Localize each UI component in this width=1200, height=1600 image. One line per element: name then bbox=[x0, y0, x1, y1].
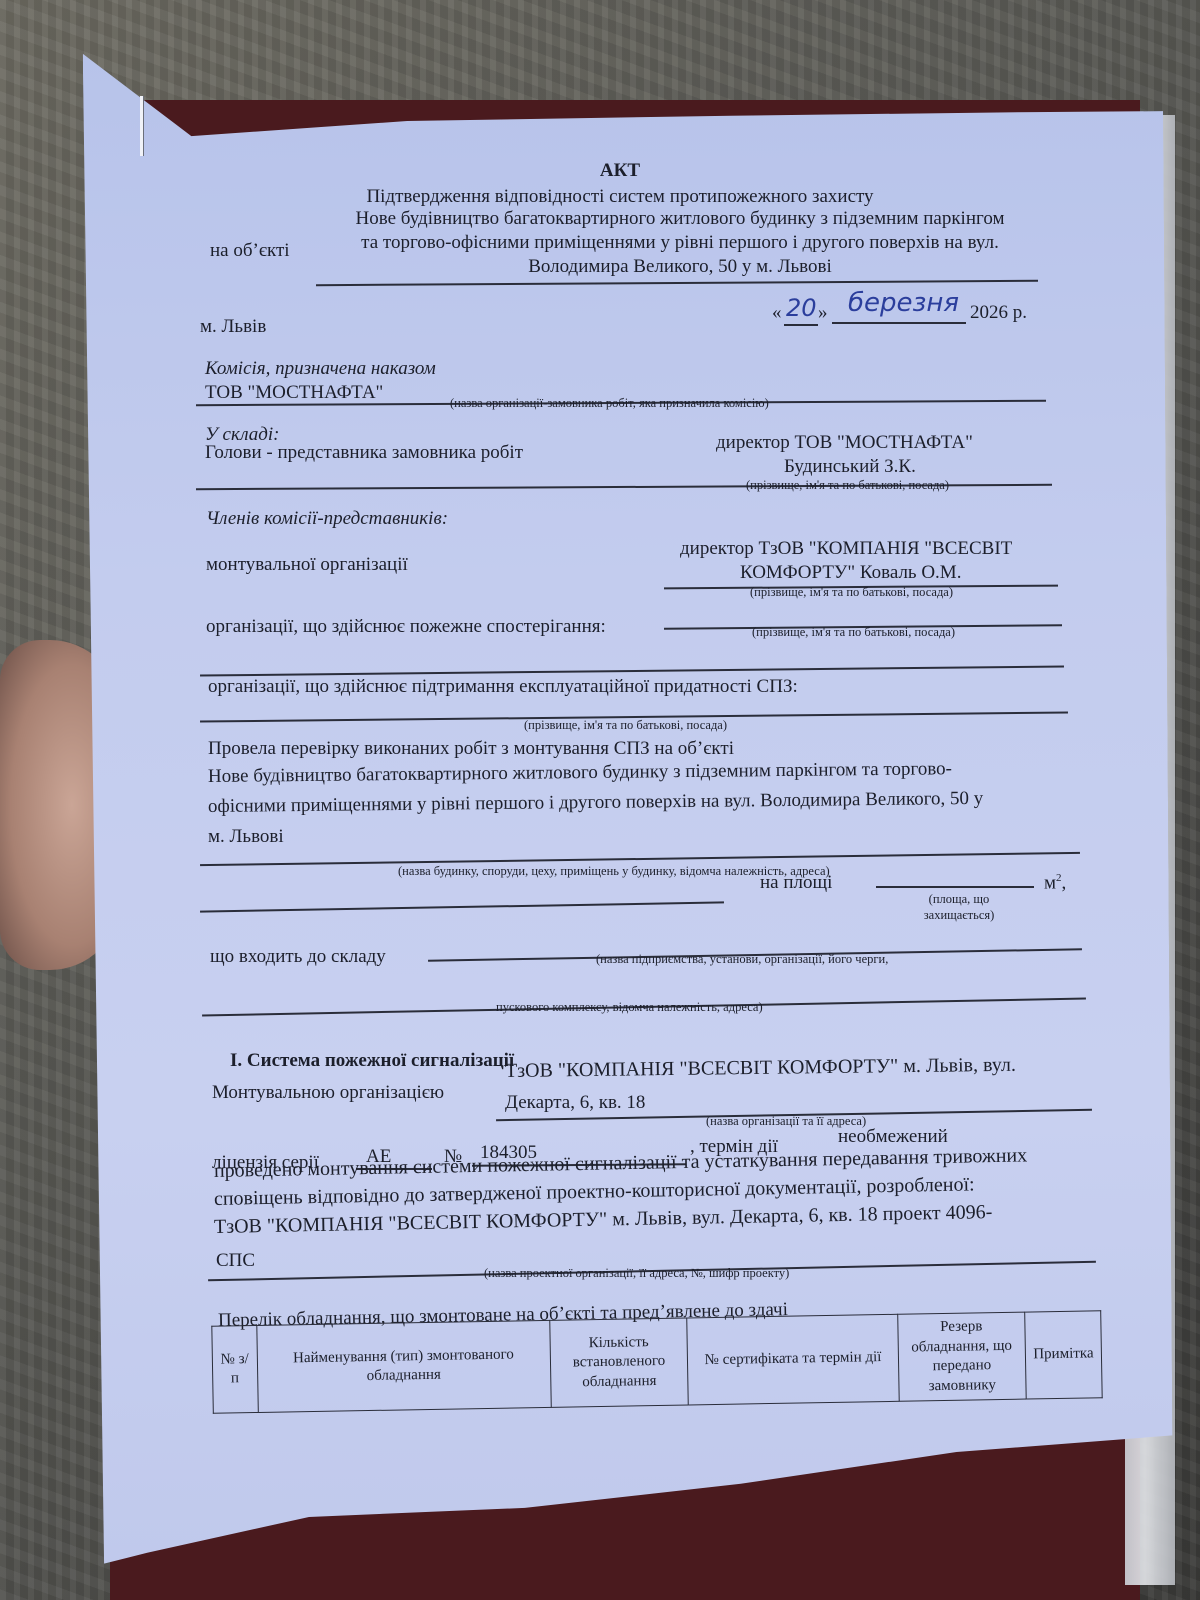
date-month[interactable]: березня bbox=[848, 288, 959, 318]
area-field[interactable] bbox=[876, 886, 1034, 888]
monitoring-label: організації, що здійснює пожежне спостер… bbox=[206, 616, 606, 638]
header-name: Найменування (тип) змонтованого обладнан… bbox=[256, 1320, 551, 1412]
maintenance-hint: (прізвище, ім'я та по батькові, посада) bbox=[524, 718, 727, 733]
installer-member-label: монтувальної організації bbox=[206, 554, 408, 576]
area-hint-line-1: (площа, що bbox=[904, 892, 1014, 907]
header-quantity: Кількість встановленого обладнання bbox=[549, 1318, 688, 1407]
head-value-line-2[interactable]: Будинський З.К. bbox=[784, 456, 916, 478]
part-of-label: що входить до складу bbox=[210, 946, 386, 968]
object-label: на об’єкті bbox=[210, 240, 290, 262]
members-label: Членів комісії-представників: bbox=[206, 508, 448, 530]
date-close-quote: » bbox=[818, 302, 828, 324]
equipment-table-header: № з/п Найменування (тип) змонтованого об… bbox=[212, 1311, 1102, 1414]
date-year: 2026 р. bbox=[970, 302, 1027, 324]
head-label: Голови - представника замовника робіт bbox=[205, 442, 523, 464]
inspection-object-line-2[interactable]: офісними приміщеннями у рівні першого і … bbox=[208, 788, 983, 818]
inspection-object-field-extra[interactable] bbox=[200, 901, 724, 912]
object-line-2: та торгово-офісними приміщеннями у рівні… bbox=[320, 232, 1040, 254]
equipment-table: № з/п Найменування (тип) змонтованого об… bbox=[211, 1310, 1102, 1414]
validity-value[interactable]: необмежений bbox=[838, 1126, 948, 1148]
monitoring-hint: (прізвище, ім'я та по батькові, посада) bbox=[752, 625, 955, 640]
monitoring-field-line-2[interactable] bbox=[200, 665, 1064, 676]
section-1-installer-label: Монтувальною організацією bbox=[212, 1082, 444, 1104]
inspection-intro: Провела перевірку виконаних робіт з монт… bbox=[208, 738, 734, 760]
head-hint: (прізвище, ім'я та по батькові, посада) bbox=[746, 478, 949, 493]
date-day-underline bbox=[784, 324, 818, 326]
object-line-3: Володимира Великого, 50 у м. Львові bbox=[320, 256, 1040, 278]
commission-label: Комісія, призначена наказом bbox=[205, 358, 436, 380]
installer-member-value-line-1[interactable]: директор ТзОВ "КОМПАНІЯ "ВСЕСВІТ bbox=[680, 538, 1012, 560]
area-label: на площі bbox=[760, 872, 832, 894]
object-line-1: Нове будівництво багатоквартирного житло… bbox=[320, 208, 1040, 230]
installer-member-hint: (прізвище, ім'я та по батькові, посада) bbox=[750, 585, 953, 600]
project-hint: (назва проектної організації, її адреса,… bbox=[484, 1266, 789, 1281]
header-reserve: Резерв обладнання, що передано замовнику bbox=[897, 1312, 1026, 1401]
header-number: № з/п bbox=[212, 1325, 258, 1413]
part-of-hint-1: (назва підприємства, установи, організац… bbox=[596, 952, 888, 967]
act-document: АКТ Підтвердження відповідності систем п… bbox=[0, 0, 1200, 1600]
installer-member-value-line-2[interactable]: КОМФОРТУ" Коваль О.М. bbox=[740, 562, 961, 584]
inspection-object-line-1[interactable]: Нове будівництво багатоквартирного житло… bbox=[208, 758, 952, 788]
commission-org[interactable]: ТОВ "МОСТНАФТА" bbox=[205, 382, 383, 404]
object-underline bbox=[316, 280, 1038, 286]
area-hint-line-2: захищається) bbox=[904, 908, 1014, 923]
area-unit: м2, bbox=[1044, 872, 1066, 894]
commission-hint: (назва організації-замовника робіт, яка … bbox=[450, 396, 769, 411]
section-1-title: І. Система пожежної сигналізації bbox=[230, 1050, 514, 1072]
doc-subtitle: Підтвердження відповідності систем проти… bbox=[300, 186, 940, 208]
head-value-line-1[interactable]: директор ТОВ "МОСТНАФТА" bbox=[716, 432, 973, 454]
section-1-body-line-4[interactable]: СПС bbox=[216, 1250, 255, 1272]
header-note: Примітка bbox=[1025, 1311, 1102, 1399]
date-month-underline bbox=[832, 322, 966, 324]
doc-title: АКТ bbox=[560, 160, 680, 182]
city: м. Львів bbox=[200, 316, 266, 338]
date-day[interactable]: 20 bbox=[786, 294, 817, 322]
maintenance-label: організації, що здійснює підтримання екс… bbox=[208, 676, 798, 698]
date-open-quote: « bbox=[772, 302, 782, 324]
inspection-object-line-3[interactable]: м. Львові bbox=[208, 826, 284, 848]
header-certificate: № сертифіката та термін дії bbox=[687, 1314, 899, 1405]
part-of-hint-2: пускового комплексу, відомча належність,… bbox=[496, 1000, 763, 1015]
section-1-installer-value-line-1[interactable]: ТзОВ "КОМПАНІЯ "ВСЕСВІТ КОМФОРТУ" м. Льв… bbox=[505, 1054, 1016, 1083]
section-1-installer-value-line-2[interactable]: Декарта, 6, кв. 18 bbox=[505, 1092, 645, 1114]
